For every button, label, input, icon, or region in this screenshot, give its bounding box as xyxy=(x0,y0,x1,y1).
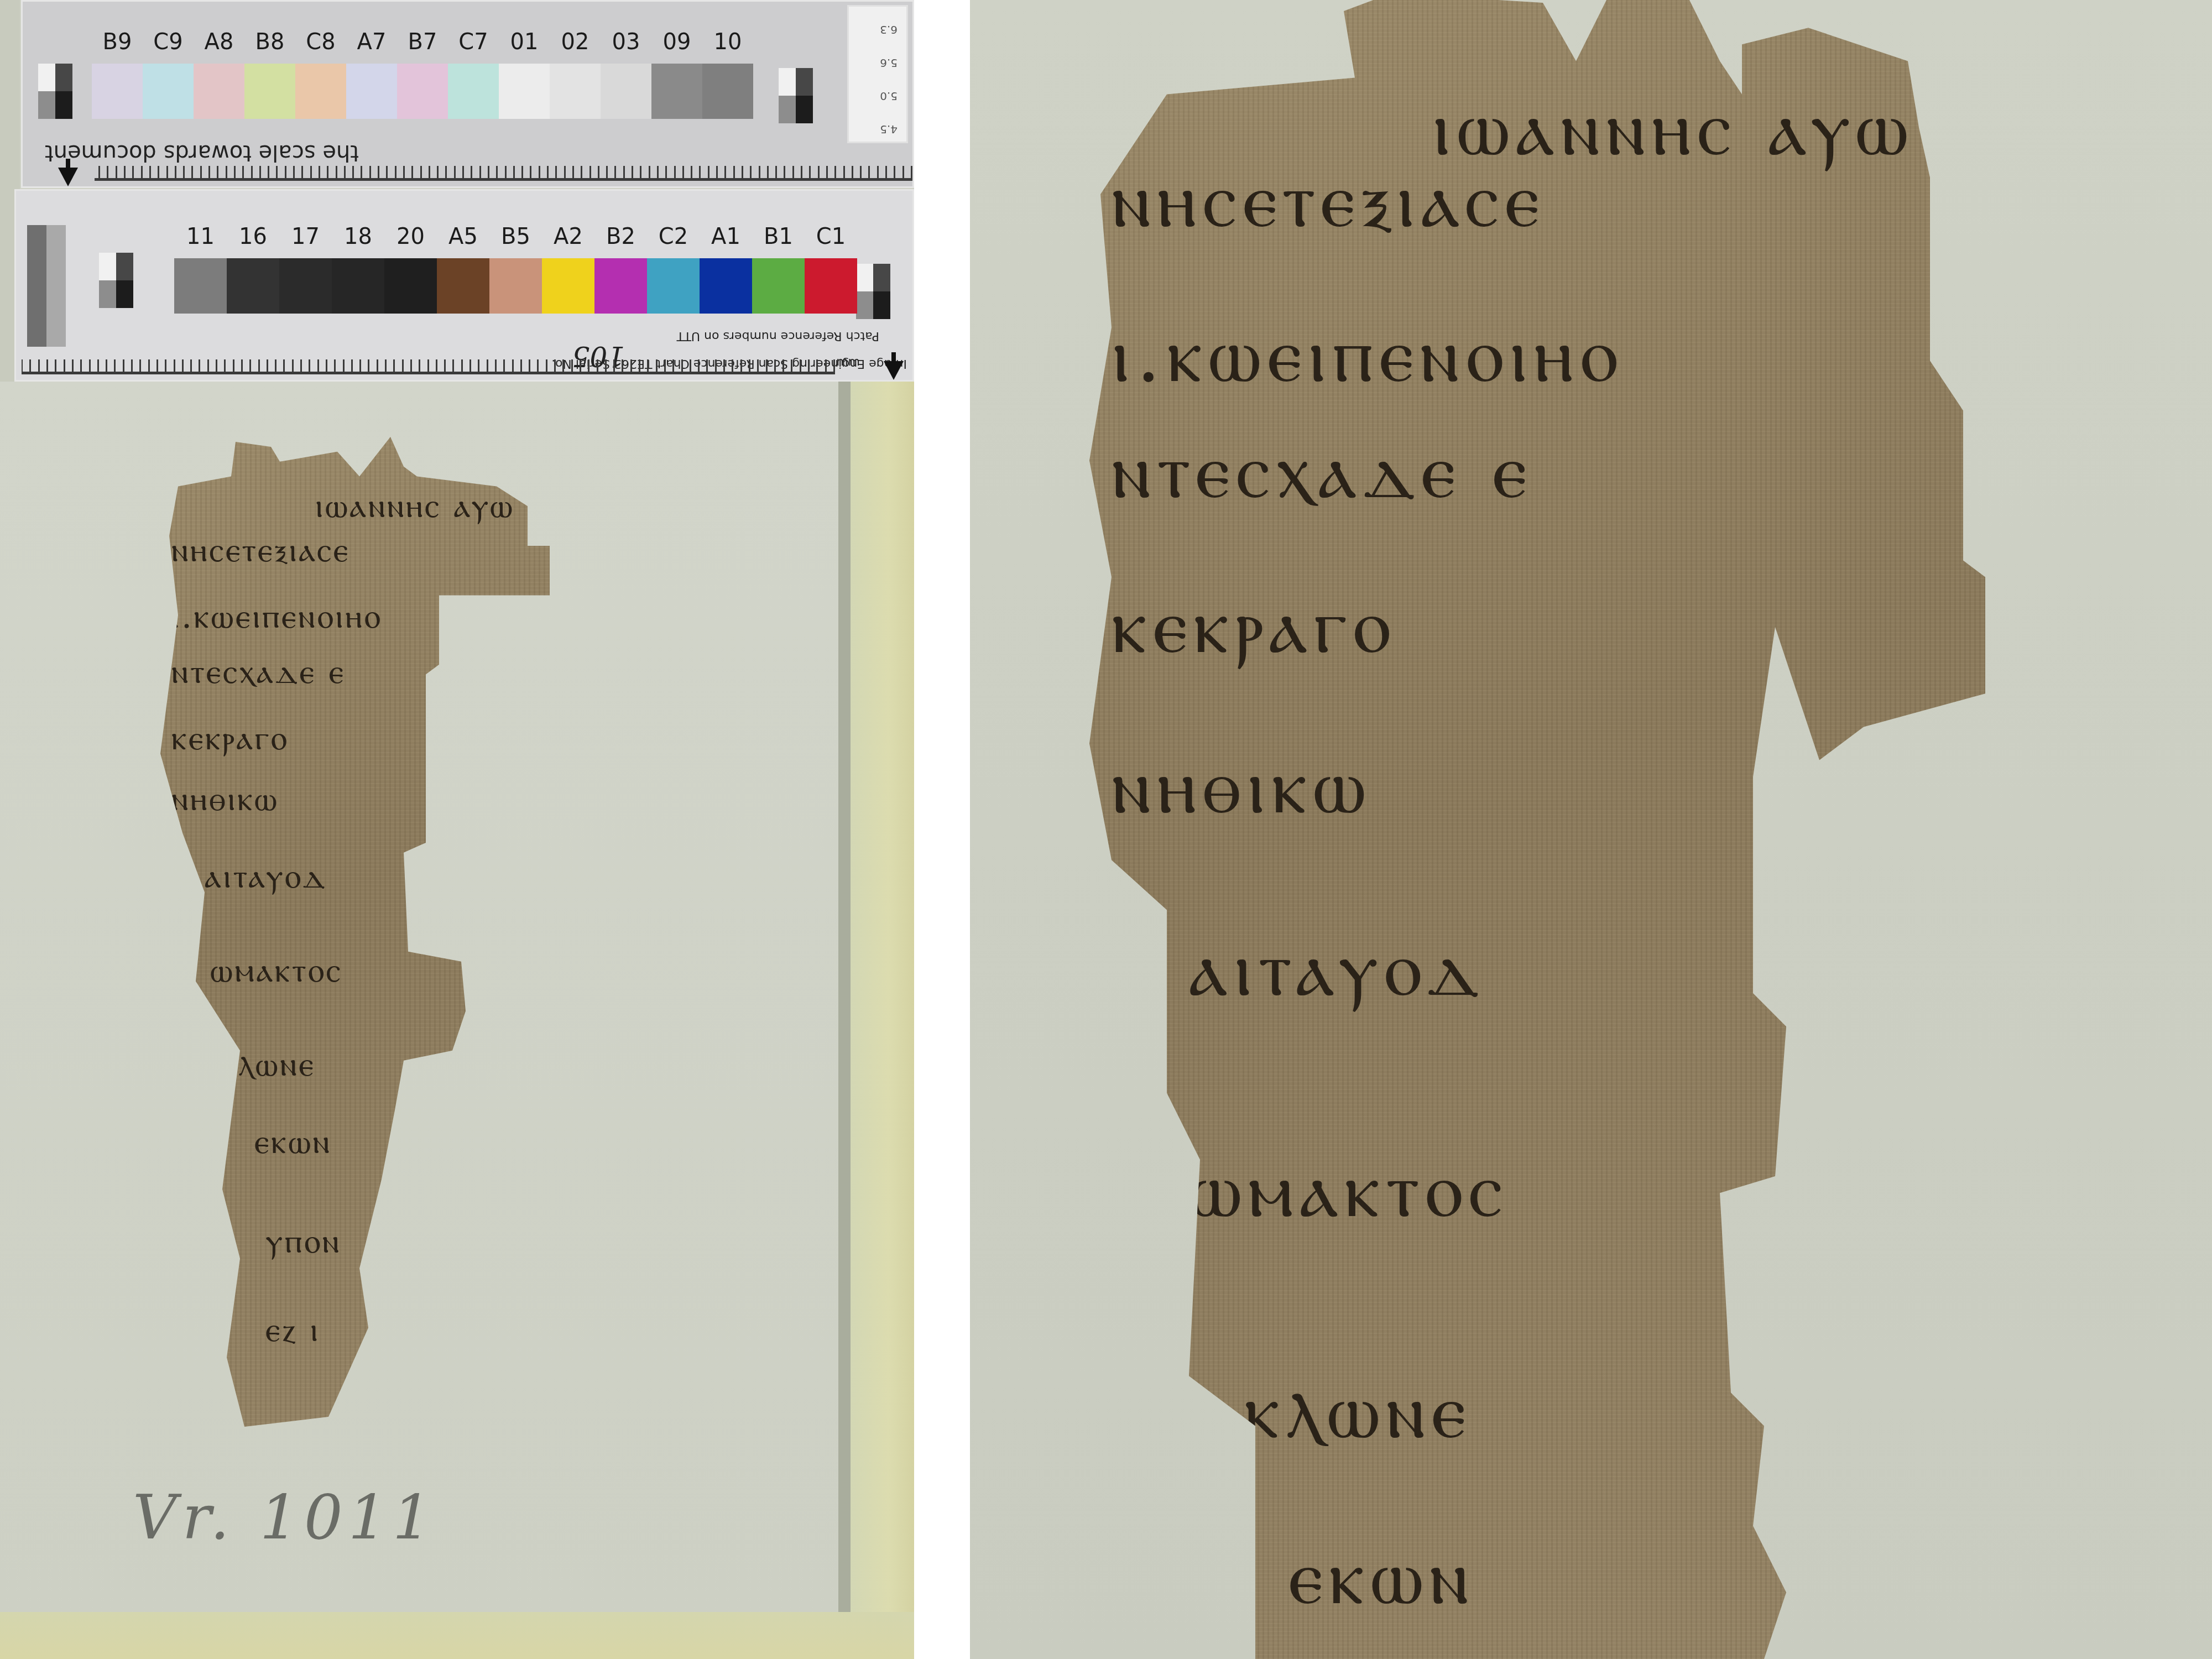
gray-target-icon xyxy=(38,64,72,119)
color-patch: B8 xyxy=(244,64,295,119)
color-patch: 02 xyxy=(550,64,601,119)
gray-target-icon xyxy=(779,68,813,123)
text-line: ⲛⲏⲑⲓⲕⲱ xyxy=(171,780,279,818)
color-patch: B7 xyxy=(397,64,448,119)
left-panel-full-scan: the scale towards document 4.5 5.0 5.6 6… xyxy=(0,0,914,1659)
color-patch: B2 xyxy=(594,258,647,314)
panel-divider xyxy=(914,0,970,1659)
text-line: ⲛⲧⲉⲥⲭⲁⲇⲉ ⲉ xyxy=(1112,426,1533,517)
text-line: ⲁⲓⲧⲁⲩⲟⲇ xyxy=(1189,924,1485,1014)
color-patch: A5 xyxy=(437,258,489,314)
color-patch: B9 xyxy=(92,64,143,119)
color-patch: 17 xyxy=(279,258,332,314)
color-patch: A7 xyxy=(346,64,397,119)
text-line: ⲓⲱⲁⲛⲛⲏⲥ ⲁⲩⲱ xyxy=(315,487,514,525)
color-patch: A2 xyxy=(542,258,594,314)
color-patch: 18 xyxy=(332,258,384,314)
text-line: ⲓ.ⲕⲱⲉⲓⲡⲉⲛⲟⲓⲏⲟ xyxy=(171,597,382,636)
paper-strip-bottom xyxy=(0,1612,914,1659)
color-patch: 20 xyxy=(384,258,437,314)
text-line: ⲱⲙⲁⲕⲧⲟⲥ xyxy=(1189,1145,1509,1235)
color-patch: C9 xyxy=(143,64,194,119)
color-patch-row: C1 B1 A1 C2 B2 A2 B5 A5 20 18 17 16 11 xyxy=(174,258,857,314)
text-line: ⲕⲗⲱⲛⲉ xyxy=(1244,1366,1472,1457)
paper-strip-right xyxy=(851,382,914,1659)
text-line: ⲕⲉⲕⲣⲁⲅⲟ xyxy=(1112,581,1396,671)
color-patch: 09 xyxy=(651,64,702,119)
scale-ruler-bottom xyxy=(22,336,835,374)
text-line: ⲛⲏⲥⲉⲧⲉⲝⲓⲁⲥⲉ xyxy=(1112,155,1546,246)
color-patch: A1 xyxy=(700,258,752,314)
text-line: ⲉⲕⲱⲛ xyxy=(254,1123,332,1161)
scale-ruler-top xyxy=(95,142,912,181)
color-reference-chart-bottom: Image Engineering Scan Reference Chart T… xyxy=(14,189,914,382)
color-patch: 11 xyxy=(174,258,227,314)
down-arrow-icon xyxy=(884,361,904,380)
gray-target-icon xyxy=(99,253,133,308)
gray-target-icon xyxy=(856,264,890,319)
text-line: ⲓ.ⲕⲱⲉⲓⲡⲉⲛⲟⲓⲏⲟ xyxy=(1112,310,1624,400)
color-patch: 03 xyxy=(601,64,651,119)
color-patch: 01 xyxy=(499,64,550,119)
text-line: ⲁⲓⲧⲁⲩⲟⲇ xyxy=(205,857,327,896)
color-patch: 10 xyxy=(702,64,753,119)
gray-wedge xyxy=(27,225,66,347)
text-line: ⲛⲏⲥⲉⲧⲉⲝⲓⲁⲥⲉ xyxy=(171,531,350,570)
text-line: ⲛⲏⲑⲓⲕⲱ xyxy=(1112,741,1372,832)
right-panel-detail: ⲓⲱⲁⲛⲛⲏⲥ ⲁⲩⲱ ⲛⲏⲥⲉⲧⲉⲝⲓⲁⲥⲉ ⲓ.ⲕⲱⲉⲓⲡⲉⲛⲟⲓⲏⲟ ⲛⲧ… xyxy=(970,0,2212,1659)
color-patch: B1 xyxy=(752,258,805,314)
text-line: ⲉⲍ ⲓ xyxy=(265,1311,320,1349)
color-patch: B5 xyxy=(489,258,542,314)
down-arrow-icon xyxy=(58,168,78,186)
inventory-number-label: Vr. 1011 xyxy=(133,1482,437,1553)
text-line: ⲩⲡⲟⲛ xyxy=(265,1222,341,1261)
color-reference-chart-top: the scale towards document 4.5 5.0 5.6 6… xyxy=(21,0,914,188)
text-line: ⲉⲕⲱⲛ xyxy=(1288,1532,1475,1623)
color-patch: A8 xyxy=(194,64,244,119)
color-patch: 16 xyxy=(227,258,279,314)
ruler-unit: mm xyxy=(836,355,860,369)
mount-shadow xyxy=(838,382,851,1615)
text-line: ⲛⲧⲉⲥⲭⲁⲇⲉ ⲉ xyxy=(171,653,346,691)
color-patch: C8 xyxy=(295,64,346,119)
text-line: ⲱⲙⲁⲕⲧⲟⲥ xyxy=(210,951,342,990)
resolution-target: 4.5 5.0 5.6 6.3 xyxy=(847,5,908,143)
color-patch: C1 xyxy=(805,258,857,314)
color-patch: C7 xyxy=(448,64,499,119)
color-patch: C2 xyxy=(647,258,700,314)
color-patch-row: 10 09 03 02 01 C7 B7 A7 C8 B8 A8 C9 B9 xyxy=(92,64,753,119)
text-line: ⲕⲉⲕⲣⲁⲅⲟ xyxy=(171,719,289,758)
papyrus-fragment-detail: ⲓⲱⲁⲛⲛⲏⲥ ⲁⲩⲱ ⲛⲏⲥⲉⲧⲉⲝⲓⲁⲥⲉ ⲓ.ⲕⲱⲉⲓⲡⲉⲛⲟⲓⲏⲟ ⲛⲧ… xyxy=(1078,0,2184,1659)
